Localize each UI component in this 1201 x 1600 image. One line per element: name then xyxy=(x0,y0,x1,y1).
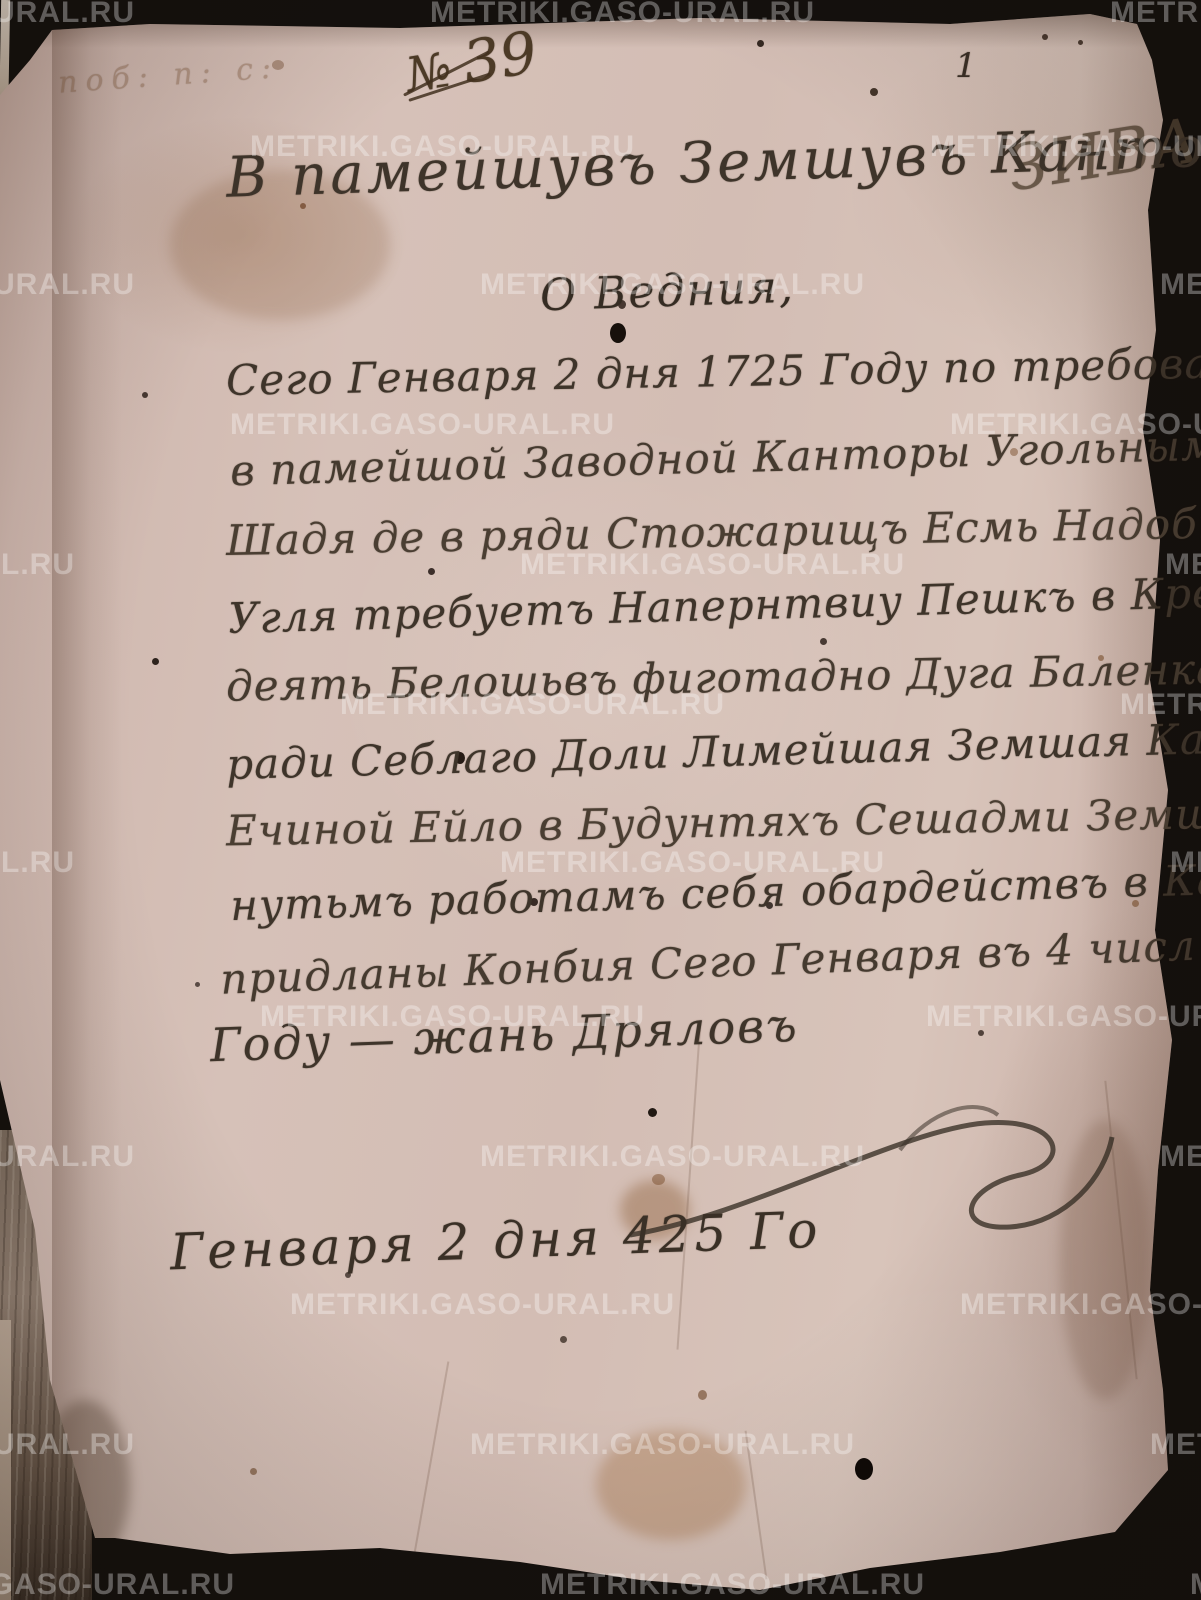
watermark-text: METRIKI.GASO-URAL.RU xyxy=(520,548,905,582)
watermark-text: METRIKI.GASO-URAL.RU xyxy=(0,1568,235,1600)
watermark-layer: METRIKI.GASO-URAL.RU METRIKI.GASO-URAL.R… xyxy=(0,0,1201,1600)
watermark-text: METRIKI.GASO-URAL.RU xyxy=(340,688,725,722)
watermark-text: METRIKI.GASO-URAL.RU xyxy=(1165,548,1201,582)
watermark-text: METRIKI.GASO-URAL.RU xyxy=(1150,1428,1201,1462)
watermark-text: METRIKI.GASO-URAL.RU xyxy=(1190,1568,1201,1600)
watermark-text: METRIKI.GASO-URAL.RU xyxy=(0,1140,135,1174)
watermark-text: METRIKI.GASO-URAL.RU xyxy=(1110,0,1201,30)
watermark-text: METRIKI.GASO-URAL.RU xyxy=(1160,268,1201,302)
watermark-text: METRIKI.GASO-URAL.RU xyxy=(930,130,1201,164)
watermark-text: METRIKI.GASO-URAL.RU xyxy=(430,0,815,30)
watermark-text: METRIKI.GASO-URAL.RU xyxy=(950,408,1201,442)
watermark-text: METRIKI.GASO-URAL.RU xyxy=(0,0,135,30)
watermark-text: METRIKI.GASO-URAL.RU xyxy=(470,1428,855,1462)
watermark-text: METRIKI.GASO-URAL.RU xyxy=(480,1140,865,1174)
watermark-text: METRIKI.GASO-URAL.RU xyxy=(0,548,75,582)
watermark-text: METRIKI.GASO-URAL.RU xyxy=(290,1288,675,1322)
manuscript-photo: поб: п: с: № 39 1 ЗИВА. В памейшувъ Земш… xyxy=(0,0,1201,1600)
watermark-text: METRIKI.GASO-URAL.RU xyxy=(1160,1140,1201,1174)
watermark-text: METRIKI.GASO-URAL.RU xyxy=(960,1288,1201,1322)
watermark-text: METRIKI.GASO-URAL.RU xyxy=(0,846,75,880)
watermark-text: METRIKI.GASO-URAL.RU xyxy=(230,408,615,442)
watermark-text: METRIKI.GASO-URAL.RU xyxy=(1170,846,1201,880)
watermark-text: METRIKI.GASO-URAL.RU xyxy=(926,1000,1201,1034)
watermark-text: METRIKI.GASO-URAL.RU xyxy=(540,1568,925,1600)
watermark-text: METRIKI.GASO-URAL.RU xyxy=(1120,688,1201,722)
watermark-text: METRIKI.GASO-URAL.RU xyxy=(0,1428,135,1462)
watermark-text: METRIKI.GASO-URAL.RU xyxy=(500,846,885,880)
watermark-text: METRIKI.GASO-URAL.RU xyxy=(480,268,865,302)
watermark-text: METRIKI.GASO-URAL.RU xyxy=(260,1000,645,1034)
watermark-text: METRIKI.GASO-URAL.RU xyxy=(250,130,635,164)
watermark-text: METRIKI.GASO-URAL.RU xyxy=(0,268,135,302)
